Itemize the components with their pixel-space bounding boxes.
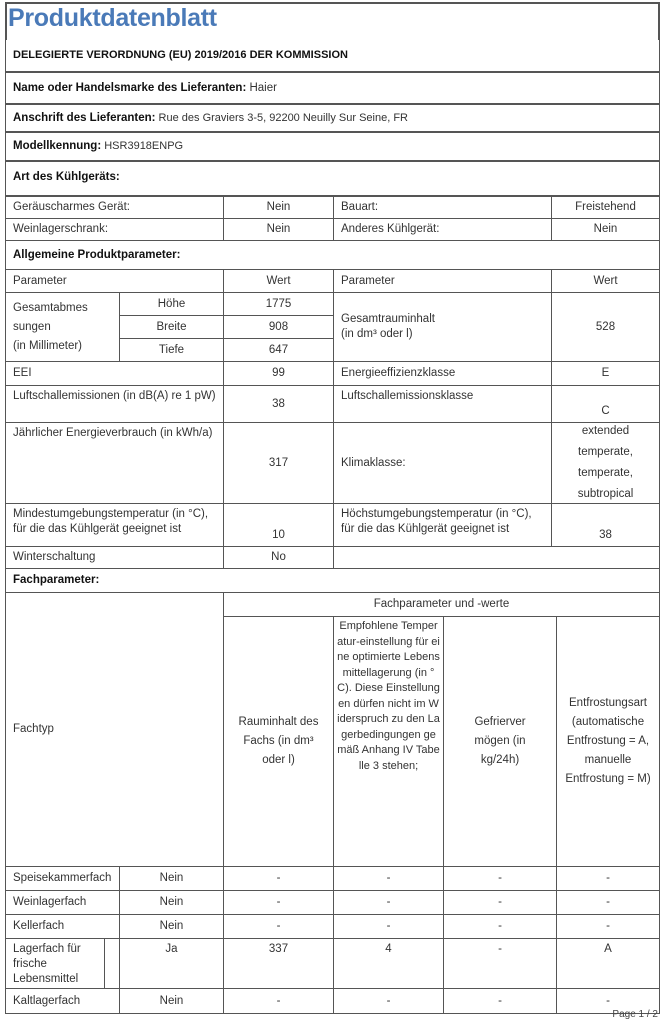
compartment-type-cell: Speisekammerfach [5, 866, 120, 891]
header-text: Wert [593, 274, 617, 289]
winter-switch-value: No [223, 546, 334, 569]
width-value: 908 [223, 315, 334, 339]
header-text: Fachparameter und -werte [374, 597, 510, 612]
appliance-type-heading-text: Art des Kühlgeräts: [13, 170, 120, 185]
cell-text: - [387, 994, 391, 1009]
climate-class-label: Klimaklasse: [333, 422, 552, 504]
dimensions-label-text: Gesamtabmes sungen (in Millimeter) [13, 299, 88, 356]
eei-value: 99 [223, 361, 334, 386]
depth-value: 647 [223, 338, 334, 362]
label-text: Tiefe [159, 343, 184, 358]
eei-label: EEI [5, 361, 224, 386]
col-header-volume: Rauminhalt des Fachs (in dm³ oder l) [223, 616, 334, 867]
energy-class-value: E [551, 361, 660, 386]
label-text: Anderes Kühlgerät: [341, 222, 439, 237]
value-text: extended temperate, temperate, subtropic… [570, 422, 641, 504]
header-text: Fachtyp [13, 722, 54, 737]
max-temp-value: 38 [551, 503, 660, 547]
col-header-freeze: Gefriervermögen (in kg/24h) [443, 616, 557, 867]
cell-text: Nein [160, 871, 184, 886]
supplier-name-label: Name oder Handelsmarke des Lieferanten: [13, 81, 246, 96]
empty-cell [333, 546, 660, 569]
supplier-name-value: Haier [246, 81, 277, 96]
cell-text: - [606, 919, 610, 934]
height-label: Höhe [119, 292, 224, 316]
value-text: 99 [272, 366, 285, 381]
compartment-defrost-cell: - [556, 890, 660, 915]
header-text: Rauminhalt des Fachs (in dm³ oder l) [238, 713, 319, 770]
label-text: Breite [156, 320, 186, 335]
compartment-type-cell: Kaltlagerfach [5, 988, 120, 1014]
label-text: Luftschallemissionsklasse [341, 390, 473, 402]
supplier-address-label: Anschrift des Lieferanten: [13, 111, 156, 126]
cell-text: - [387, 919, 391, 934]
label-text: Energieeffizienzklasse [341, 366, 455, 381]
cell-text: - [498, 943, 502, 955]
col-header-value-2: Wert [551, 269, 660, 293]
wine-cabinet-value: Nein [223, 218, 334, 241]
compartment-freeze-cell: - [443, 866, 557, 891]
compartment-freeze-cell: - [443, 914, 557, 939]
noise-label: Luftschallemissionen (in dB(A) re 1 pW) [5, 385, 224, 423]
page-number: Page 1 / 2 [612, 1009, 658, 1020]
cell-text: 4 [385, 943, 391, 955]
header-text: Wert [266, 274, 290, 289]
heading-text: Allgemeine Produktparameter: [13, 248, 180, 263]
value-text: 317 [269, 456, 288, 471]
cell-text: - [498, 919, 502, 934]
value-text: Nein [267, 222, 291, 237]
cell-text: A [604, 943, 612, 955]
cell-text: - [277, 895, 281, 910]
col-header-parameter-2: Parameter [333, 269, 552, 293]
compartment-present-cell: Nein [119, 988, 224, 1014]
cell-text: Kaltlagerfach [13, 994, 80, 1009]
model-label: Modellkennung: [13, 139, 101, 154]
value-text: E [602, 366, 610, 381]
col-header-parameter: Parameter [5, 269, 224, 293]
appliance-type-heading: Art des Kühlgeräts: [5, 161, 660, 196]
heading-text: Fachparameter: [13, 573, 99, 588]
label-text: Weinlagerschrank: [13, 222, 108, 237]
cell-text: - [606, 994, 610, 1009]
col-header-temp: Empfohlene Temperatur-einstellung für ei… [333, 616, 444, 867]
compartment-temp-cell: 4 [333, 938, 444, 989]
compartments-heading: Fachparameter: [5, 568, 660, 593]
header-text: Entfrostungsart (automatische Entfrostun… [563, 694, 653, 789]
compartment-type-cell: Weinlagerfach [5, 890, 120, 915]
max-temp-label: Höchstumgebungstemperatur (in °C), für d… [333, 503, 552, 547]
total-volume-label: Gesamtrauminhalt (in dm³ oder l) [333, 292, 552, 362]
cell-text: - [277, 871, 281, 886]
quiet-appliance-value: Nein [223, 196, 334, 219]
design-type-label: Bauart: [333, 196, 552, 219]
compartment-defrost-cell: A [556, 938, 660, 989]
label-text: Winterschaltung [13, 550, 95, 565]
label-text: Klimaklasse: [341, 456, 406, 471]
compartment-present-cell: Ja [119, 938, 224, 989]
compartment-present-cell: Nein [119, 890, 224, 915]
label-text: EEI [13, 366, 32, 381]
compartment-defrost-cell: - [556, 866, 660, 891]
value-text: 908 [269, 320, 288, 335]
compartment-defrost-cell: - [556, 914, 660, 939]
value-text: Freistehend [575, 200, 636, 215]
cell-text: Weinlagerfach [13, 895, 86, 910]
compartment-present-cell: Nein [119, 866, 224, 891]
label-text: Jährlicher Energieverbrauch (in kWh/a) [13, 427, 212, 439]
dimensions-label: Gesamtabmes sungen (in Millimeter) [5, 292, 120, 362]
noise-value: 38 [223, 385, 334, 423]
energy-consumption-label: Jährlicher Energieverbrauch (in kWh/a) [5, 422, 224, 504]
value-text: 10 [272, 528, 285, 543]
supplier-address-row: Anschrift des Lieferanten: Rue des Gravi… [5, 104, 660, 132]
cell-text: - [277, 994, 281, 1009]
total-volume-value: 528 [551, 292, 660, 362]
regulation-text: DELEGIERTE VERORDNUNG (EU) 2019/2016 DER… [13, 48, 348, 63]
compartment-freeze-cell: - [443, 938, 557, 989]
value-text: Nein [267, 200, 291, 215]
col-header-defrost: Entfrostungsart (automatische Entfrostun… [556, 616, 660, 867]
header-text: Empfohlene Temperatur-einstellung für ei… [337, 620, 440, 772]
depth-label: Tiefe [119, 338, 224, 362]
compartment-type-cell: Lagerfach für frische Lebensmittel [5, 938, 105, 989]
height-value: 1775 [223, 292, 334, 316]
supplier-address-value: Rue des Graviers 3-5, 92200 Neuilly Sur … [156, 111, 409, 126]
cell-text: Ja [165, 943, 177, 955]
model-value: HSR3918ENPG [101, 139, 183, 154]
value-text: No [271, 550, 286, 565]
cell-text: - [498, 994, 502, 1009]
label-text: Luftschallemissionen (in dB(A) re 1 pW) [13, 390, 216, 402]
col-header-type: Fachtyp [5, 592, 224, 867]
cell-text: Nein [160, 919, 184, 934]
compartment-temp-cell: - [333, 988, 444, 1014]
min-temp-value: 10 [223, 503, 334, 547]
wine-cabinet-label: Weinlagerschrank: [5, 218, 224, 241]
cell-text: - [387, 895, 391, 910]
noise-class-label: Luftschallemissionsklasse [333, 385, 552, 423]
cell-text: 337 [269, 943, 288, 955]
page-title: Produktdatenblatt [8, 4, 217, 33]
compartment-temp-cell: - [333, 890, 444, 915]
cell-text: Lagerfach für frische Lebensmittel [13, 943, 81, 985]
quiet-appliance-label: Geräuscharmes Gerät: [5, 196, 224, 219]
col-header-value: Wert [223, 269, 334, 293]
value-text: 38 [272, 397, 285, 412]
model-row: Modellkennung: HSR3918ENPG [5, 132, 660, 161]
cell-text: Kellerfach [13, 919, 64, 934]
compartment-volume-cell: - [223, 890, 334, 915]
min-temp-label: Mindestumgebungstemperatur (in °C), für … [5, 503, 224, 547]
label-text: Höchstumgebungstemperatur (in °C), für d… [341, 508, 532, 535]
other-appliance-label: Anderes Kühlgerät: [333, 218, 552, 241]
cell-text: - [606, 871, 610, 886]
climate-class-value: extended temperate, temperate, subtropic… [551, 422, 660, 504]
compartment-present-cell: Nein [119, 914, 224, 939]
energy-class-label: Energieeffizienzklasse [333, 361, 552, 386]
header-text: Parameter [341, 274, 395, 289]
cell-text: - [498, 895, 502, 910]
cell-text: - [498, 871, 502, 886]
label-text: Geräuscharmes Gerät: [13, 200, 130, 215]
value-text: Nein [594, 222, 618, 237]
value-text: 38 [599, 528, 612, 543]
value-text: 647 [269, 343, 288, 358]
label-text: Gesamtrauminhalt (in dm³ oder l) [341, 312, 435, 342]
compartment-volume-cell: - [223, 988, 334, 1014]
compartment-temp-cell: - [333, 914, 444, 939]
compartment-volume-cell: - [223, 866, 334, 891]
cell-text: Nein [160, 895, 184, 910]
supplier-name-row: Name oder Handelsmarke des Lieferanten: … [5, 72, 660, 104]
other-appliance-value: Nein [551, 218, 660, 241]
compartment-volume-cell: - [223, 914, 334, 939]
value-text: 1775 [266, 297, 292, 312]
cell-text: Speisekammerfach [13, 871, 111, 886]
winter-switch-label: Winterschaltung [5, 546, 224, 569]
header-text: Parameter [13, 274, 67, 289]
cell-text: - [387, 871, 391, 886]
value-text: 528 [596, 320, 615, 335]
label-text: Höhe [158, 297, 186, 312]
compartment-volume-cell: 337 [223, 938, 334, 989]
cell-text: - [606, 895, 610, 910]
cell-text: - [277, 919, 281, 934]
noise-class-value: C [551, 385, 660, 423]
value-text: C [601, 404, 609, 419]
compartment-freeze-cell: - [443, 988, 557, 1014]
design-type-value: Freistehend [551, 196, 660, 219]
cell-text: Nein [160, 994, 184, 1009]
label-text: Mindestumgebungstemperatur (in °C), für … [13, 508, 208, 535]
regulation-row: DELEGIERTE VERORDNUNG (EU) 2019/2016 DER… [5, 40, 660, 72]
compartment-freeze-cell: - [443, 890, 557, 915]
width-label: Breite [119, 315, 224, 339]
group-header: Fachparameter und -werte [223, 592, 660, 617]
compartment-temp-cell: - [333, 866, 444, 891]
energy-consumption-value: 317 [223, 422, 334, 504]
header-text: Gefriervermögen (in kg/24h) [472, 713, 528, 770]
general-parameters-heading: Allgemeine Produktparameter: [5, 240, 660, 270]
label-text: Bauart: [341, 200, 378, 215]
compartment-type-cell: Kellerfach [5, 914, 120, 939]
